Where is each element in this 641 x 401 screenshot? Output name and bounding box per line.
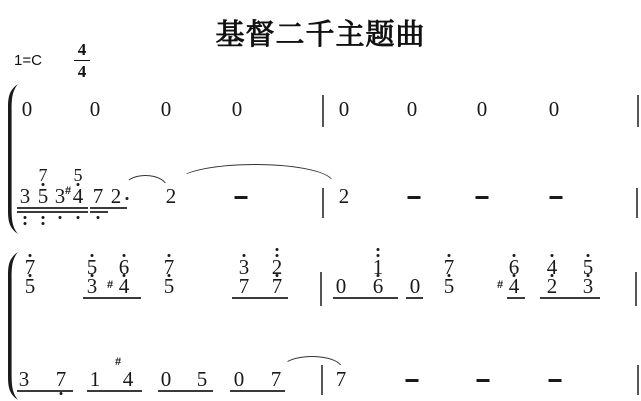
- time-signature-denominator: 4: [71, 61, 93, 82]
- rest-digit: 0: [232, 99, 243, 120]
- tie-arc: [282, 356, 342, 368]
- octave-dot-above: [376, 254, 379, 257]
- note-digit: 1: [90, 369, 101, 390]
- dash-sustain: [408, 196, 421, 199]
- beam-line: [406, 297, 423, 299]
- beam-line: [83, 297, 141, 299]
- rest-digit: 0: [22, 99, 33, 120]
- rest-digit: 0: [90, 99, 101, 120]
- note-digit: 7: [336, 369, 347, 390]
- chord-upper-digit: 2: [272, 257, 283, 278]
- rest-digit: 0: [336, 276, 347, 297]
- octave-dot-below: [41, 216, 44, 219]
- note-digit: 5: [197, 369, 208, 390]
- octave-dot-above: [90, 254, 93, 257]
- chord-upper-digit: 3: [239, 257, 250, 278]
- beam-line: [158, 390, 213, 392]
- octave-dot-above: [512, 254, 515, 257]
- beam-line: [540, 297, 600, 299]
- rest-digit: 0: [549, 99, 560, 120]
- chord-upper-digit: 6: [509, 257, 520, 278]
- chord-upper-digit: 4: [547, 257, 558, 278]
- octave-dot-below: [23, 216, 26, 219]
- octave-dot-above: [28, 254, 31, 257]
- tie-arc: [124, 175, 167, 187]
- sheet-music-page: 基督二千主题曲 1=C 4 4 0000000035734#5722257354…: [0, 0, 641, 401]
- note-digit: 4: [123, 369, 134, 390]
- rest-digit: 0: [161, 99, 172, 120]
- octave-dot-below: [96, 216, 99, 219]
- dash-sustain: [550, 196, 563, 199]
- dash-sustain: [235, 196, 248, 199]
- octave-dot-below: [23, 222, 26, 225]
- octave-dot-below: [59, 392, 62, 395]
- beam-line: [232, 297, 288, 299]
- note-digit: 7: [272, 276, 283, 297]
- octave-dot-above: [586, 254, 589, 257]
- octave-dot-below: [76, 216, 79, 219]
- beam-line: [333, 297, 398, 299]
- chord-upper-digit: 5: [87, 257, 98, 278]
- rest-digit: 0: [339, 99, 350, 120]
- note-digit: 2: [547, 276, 558, 297]
- chord-upper-digit: 7: [164, 257, 175, 278]
- beam-line: [507, 297, 525, 299]
- note-digit: 6: [373, 276, 384, 297]
- rest-digit: 0: [407, 99, 418, 120]
- barline: [636, 188, 638, 218]
- octave-dot-above: [242, 254, 245, 257]
- note-digit: 3: [19, 369, 30, 390]
- barline: [322, 188, 324, 218]
- chord-upper-digit: 7: [444, 257, 455, 278]
- augmentation-dot: [126, 197, 129, 200]
- note-digit: 2: [166, 186, 177, 207]
- octave-dot-below: [41, 183, 44, 186]
- beam-line: [17, 211, 88, 213]
- sharp-icon: #: [107, 280, 113, 291]
- note-digit: 4: [509, 276, 520, 297]
- octave-dot-below: [76, 183, 79, 186]
- note-digit: 5: [164, 276, 175, 297]
- chord-upper-digit: 5: [74, 166, 83, 184]
- barline: [635, 272, 637, 306]
- beam-line: [17, 207, 88, 209]
- note-digit: 4: [73, 186, 84, 207]
- note-digit: 3: [87, 276, 98, 297]
- note-digit: 5: [38, 186, 49, 207]
- octave-dot-above: [447, 254, 450, 257]
- beam-line: [17, 390, 73, 392]
- chord-upper-digit: 7: [39, 166, 48, 184]
- rest-digit: 0: [477, 99, 488, 120]
- sharp-icon: #: [65, 186, 71, 197]
- chord-upper-digit: 1: [373, 257, 384, 278]
- note-digit: 5: [25, 276, 36, 297]
- note-digit: 7: [239, 276, 250, 297]
- song-title: 基督二千主题曲: [0, 12, 641, 53]
- rest-digit: 0: [234, 369, 245, 390]
- barline: [322, 95, 324, 127]
- note-digit: 3: [20, 186, 31, 207]
- key-signature: 1=C: [14, 52, 42, 69]
- note-digit: 7: [93, 186, 104, 207]
- note-digit: 2: [339, 186, 350, 207]
- note-digit: 4: [119, 276, 130, 297]
- time-signature: 4 4: [71, 39, 93, 83]
- chord-upper-digit: 7: [25, 257, 36, 278]
- barline: [320, 272, 322, 306]
- octave-dot-above: [550, 254, 553, 257]
- note-digit: 7: [56, 369, 67, 390]
- note-digit: 3: [583, 276, 594, 297]
- rest-digit: 0: [161, 369, 172, 390]
- octave-dot-below: [58, 216, 61, 219]
- beam-line: [87, 390, 142, 392]
- chord-upper-digit: 6: [119, 257, 130, 278]
- note-digit: 2: [111, 186, 122, 207]
- dash-sustain: [476, 196, 489, 199]
- octave-dot-above: [122, 254, 125, 257]
- tie-arc: [177, 164, 333, 182]
- note-digit: 5: [444, 276, 455, 297]
- dash-sustain: [406, 379, 419, 382]
- beam-line: [90, 207, 127, 209]
- octave-dot-below: [41, 222, 44, 225]
- dash-sustain: [477, 379, 490, 382]
- octave-dot-above: [275, 248, 278, 251]
- barline: [637, 365, 639, 395]
- beam-line: [90, 211, 108, 213]
- octave-dot-above: [376, 248, 379, 251]
- note-digit: 3: [55, 186, 66, 207]
- chord-upper-digit: 5: [583, 257, 594, 278]
- sharp-icon: #: [115, 357, 121, 368]
- sharp-icon: #: [497, 280, 503, 291]
- rest-digit: 0: [410, 276, 421, 297]
- dash-sustain: [549, 379, 562, 382]
- barline: [321, 365, 323, 395]
- time-signature-numerator: 4: [71, 39, 93, 60]
- octave-dot-above: [275, 254, 278, 257]
- note-digit: 7: [271, 369, 282, 390]
- barline: [637, 95, 639, 127]
- beam-line: [230, 390, 285, 392]
- octave-dot-above: [167, 254, 170, 257]
